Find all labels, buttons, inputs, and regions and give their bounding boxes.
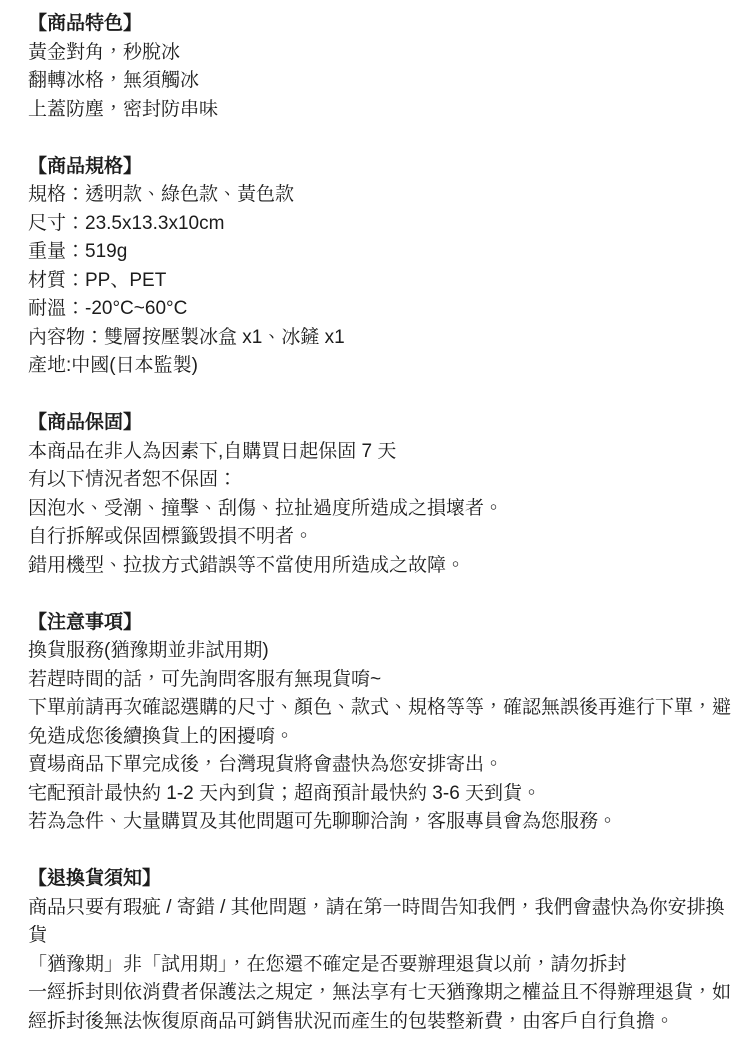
text-line: 若趕時間的話，可先詢問客服有無現貨唷~ [28, 666, 736, 695]
text-line: 下單前請再次確認選購的尺寸、顏色、款式、規格等等，確認無誤後再進行下單，避免造成… [28, 694, 736, 751]
section-title: 【退換貨須知】 [28, 865, 736, 894]
section-notices: 【注意事項】 換貨服務(猶豫期並非試用期) 若趕時間的話，可先詢問客服有無現貨唷… [28, 609, 736, 837]
text-line: 重量：519g [28, 238, 736, 267]
section-title: 【商品特色】 [28, 10, 736, 39]
text-line: 翻轉冰格，無須觸冰 [28, 67, 736, 96]
text-line: 宅配預計最快約 1-2 天內到貨；超商預計最快約 3-6 天到貨。 [28, 780, 736, 809]
section-title: 【注意事項】 [28, 609, 736, 638]
text-line: 尺寸：23.5x13.3x10cm [28, 210, 736, 239]
text-line: 材質：PP、PET [28, 267, 736, 296]
text-line: 上蓋防塵，密封防串味 [28, 96, 736, 125]
section-product-features: 【商品特色】 黃金對角，秒脫冰 翻轉冰格，無須觸冰 上蓋防塵，密封防串味 [28, 10, 736, 124]
section-product-specs: 【商品規格】 規格：透明款、綠色款、黃色款 尺寸：23.5x13.3x10cm … [28, 153, 736, 381]
text-line: 內容物：雙層按壓製冰盒 x1、冰鏟 x1 [28, 324, 736, 353]
section-title: 【商品保固】 [28, 409, 736, 438]
text-line: 錯用機型、拉拔方式錯誤等不當使用所造成之故障。 [28, 552, 736, 581]
text-line: 若為急件、大量購買及其他問題可先聊聊洽詢，客服專員會為您服務。 [28, 808, 736, 837]
text-line: 規格：透明款、綠色款、黃色款 [28, 181, 736, 210]
text-line: 「猶豫期」非「試用期」，在您還不確定是否要辦理退貨以前，請勿拆封 [28, 951, 736, 980]
text-line: 本商品在非人為因素下,自購買日起保固 7 天 [28, 438, 736, 467]
section-return-policy: 【退換貨須知】 商品只要有瑕疵 / 寄錯 / 其他問題，請在第一時間告知我們，我… [28, 865, 736, 1036]
section-product-warranty: 【商品保固】 本商品在非人為因素下,自購買日起保固 7 天 有以下情況者恕不保固… [28, 409, 736, 580]
text-line: 商品只要有瑕疵 / 寄錯 / 其他問題，請在第一時間告知我們，我們會盡快為你安排… [28, 894, 736, 951]
text-line: 黃金對角，秒脫冰 [28, 39, 736, 68]
text-line: 耐溫：-20°C~60°C [28, 295, 736, 324]
text-line: 一經拆封則依消費者保護法之規定，無法享有七天猶豫期之權益且不得辦理退貨，如經拆封… [28, 979, 736, 1036]
text-line: 產地:中國(日本監製) [28, 352, 736, 381]
text-line: 因泡水、受潮、撞擊、刮傷、拉扯過度所造成之損壞者。 [28, 495, 736, 524]
text-line: 有以下情況者恕不保固： [28, 466, 736, 495]
product-description-document: 【商品特色】 黃金對角，秒脫冰 翻轉冰格，無須觸冰 上蓋防塵，密封防串味 【商品… [0, 0, 750, 1036]
text-line: 換貨服務(猶豫期並非試用期) [28, 637, 736, 666]
section-title: 【商品規格】 [28, 153, 736, 182]
text-line: 賣場商品下單完成後，台灣現貨將會盡快為您安排寄出。 [28, 751, 736, 780]
text-line: 自行拆解或保固標籤毀損不明者。 [28, 523, 736, 552]
